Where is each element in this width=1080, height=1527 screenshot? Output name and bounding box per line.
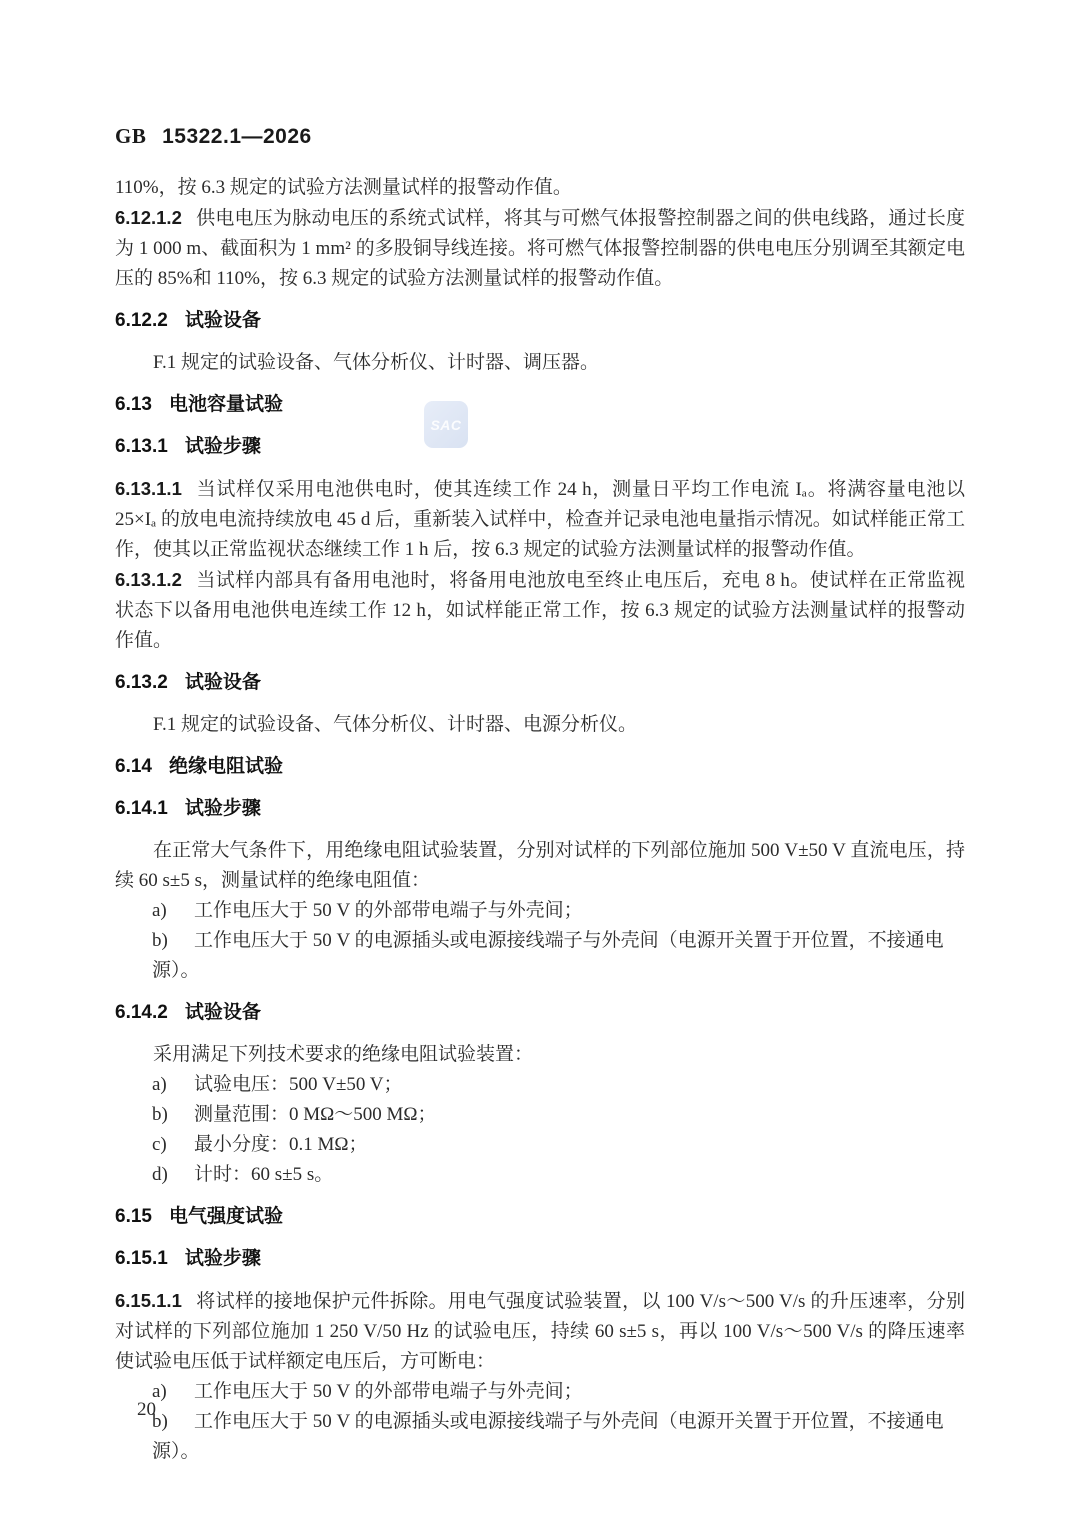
list-item-c: c)最小分度：0.1 MΩ；	[115, 1130, 965, 1160]
standard-header: GB 15322.1—2026	[115, 0, 965, 149]
list-item-label: a)	[152, 1070, 194, 1100]
heading-title: 试验设备	[185, 310, 261, 331]
clause-paragraph-6-13-1-2: 6.13.1.2当试样内部具有备用电池时，将备用电池放电至终止电压后，充电 8 …	[115, 565, 965, 656]
list-item-label: b)	[152, 1407, 194, 1437]
list-item-b: b)测量范围：0 MΩ～500 MΩ；	[115, 1100, 965, 1130]
heading-number: 6.13.2	[115, 672, 168, 693]
paragraph-text: F.1 规定的试验设备、气体分析仪、计时器、调压器。	[153, 352, 599, 373]
heading-6-14-1: 6.14.1试验步骤	[115, 794, 965, 824]
list-item-text: 测量范围：0 MΩ～500 MΩ；	[194, 1104, 437, 1125]
list-item-b: b)工作电压大于 50 V 的电源插头或电源接线端子与外壳间（电源开关置于开位置…	[115, 926, 965, 986]
clause-number: 6.13.1.2	[115, 569, 182, 590]
heading-6-14: 6.14绝缘电阻试验	[115, 752, 965, 782]
document-page: SAC GB 15322.1—2026 110%，按 6.3 规定的试验方法测量…	[0, 0, 1080, 1527]
equipment-paragraph: F.1 规定的试验设备、气体分析仪、计时器、电源分析仪。	[115, 710, 965, 740]
list-item-label: b)	[152, 1100, 194, 1130]
list-item-d: d)计时：60 s±5 s。	[115, 1160, 965, 1190]
clause-paragraph-6-13-1-1: 6.13.1.1当试样仅采用电池供电时，使其连续工作 24 h，测量日平均工作电…	[115, 474, 965, 565]
clause-number: 6.13.1.1	[115, 478, 182, 499]
paragraph-text: 采用满足下列技术要求的绝缘电阻试验装置：	[153, 1044, 533, 1065]
list-item-text: 工作电压大于 50 V 的电源插头或电源接线端子与外壳间（电源开关置于开位置，不…	[152, 930, 944, 981]
heading-number: 6.15	[115, 1206, 152, 1227]
heading-6-15: 6.15电气强度试验	[115, 1202, 965, 1232]
heading-title: 试验设备	[185, 672, 261, 693]
paragraph-text: 在正常大气条件下，用绝缘电阻试验装置，分别对试样的下列部位施加 500 V±50…	[115, 840, 965, 891]
list-item-text: 工作电压大于 50 V 的外部带电端子与外壳间；	[194, 1381, 583, 1402]
heading-6-15-1: 6.15.1试验步骤	[115, 1244, 965, 1274]
continuation-paragraph: 110%，按 6.3 规定的试验方法测量试样的报警动作值。	[115, 173, 965, 203]
list-item-label: c)	[152, 1130, 194, 1160]
list-item-label: d)	[152, 1160, 194, 1190]
heading-number: 6.12.2	[115, 310, 168, 331]
list-item-label: a)	[152, 1377, 194, 1407]
list-item-text: 工作电压大于 50 V 的电源插头或电源接线端子与外壳间（电源开关置于开位置，不…	[152, 1411, 944, 1462]
clause-text: 供电电压为脉动电压的系统式试样，将其与可燃气体报警控制器之间的供电线路，通过长度…	[115, 208, 965, 289]
heading-6-14-2: 6.14.2试验设备	[115, 998, 965, 1028]
equipment-paragraph: F.1 规定的试验设备、气体分析仪、计时器、调压器。	[115, 348, 965, 378]
page-content: GB 15322.1—2026 110%，按 6.3 规定的试验方法测量试样的报…	[0, 0, 1080, 1467]
list-item-a: a)工作电压大于 50 V 的外部带电端子与外壳间；	[115, 896, 965, 926]
paragraph-text: F.1 规定的试验设备、气体分析仪、计时器、电源分析仪。	[153, 714, 637, 735]
heading-6-13-1: 6.13.1试验步骤	[115, 432, 965, 462]
procedure-paragraph: 在正常大气条件下，用绝缘电阻试验装置，分别对试样的下列部位施加 500 V±50…	[115, 836, 965, 896]
list-item-text: 最小分度：0.1 MΩ；	[194, 1134, 368, 1155]
heading-6-13-2: 6.13.2试验设备	[115, 668, 965, 698]
list-item-text: 试验电压：500 V±50 V；	[194, 1074, 403, 1095]
list-item-label: b)	[152, 926, 194, 956]
clause-text: 当试样仅采用电池供电时，使其连续工作 24 h，测量日平均工作电流 Iₐ。将满容…	[115, 479, 965, 560]
list-item-b: b)工作电压大于 50 V 的电源插头或电源接线端子与外壳间（电源开关置于开位置…	[115, 1407, 965, 1467]
clause-paragraph-6-12-1-2: 6.12.1.2供电电压为脉动电压的系统式试样，将其与可燃气体报警控制器之间的供…	[115, 203, 965, 294]
heading-number: 6.14.1	[115, 798, 168, 819]
equipment-intro-paragraph: 采用满足下列技术要求的绝缘电阻试验装置：	[115, 1040, 965, 1070]
heading-title: 试验步骤	[185, 436, 261, 457]
heading-title: 绝缘电阻试验	[169, 756, 283, 777]
heading-number: 6.15.1	[115, 1248, 168, 1269]
page-number: 20	[137, 1398, 156, 1422]
heading-title: 试验步骤	[185, 1248, 261, 1269]
paragraph-text: 110%，按 6.3 规定的试验方法测量试样的报警动作值。	[115, 177, 572, 198]
standard-prefix: GB	[115, 124, 146, 148]
heading-6-12-2: 6.12.2试验设备	[115, 306, 965, 336]
heading-title: 电气强度试验	[169, 1206, 283, 1227]
heading-6-13: 6.13电池容量试验	[115, 390, 965, 420]
clause-number: 6.15.1.1	[115, 1290, 182, 1311]
heading-title: 试验步骤	[185, 798, 261, 819]
heading-title: 试验设备	[185, 1002, 261, 1023]
clause-number: 6.12.1.2	[115, 207, 182, 228]
list-item-text: 工作电压大于 50 V 的外部带电端子与外壳间；	[194, 900, 583, 921]
standard-number: 15322.1—2026	[162, 125, 312, 148]
heading-number: 6.13	[115, 394, 152, 415]
list-item-a: a)工作电压大于 50 V 的外部带电端子与外壳间；	[115, 1377, 965, 1407]
clause-text: 当试样内部具有备用电池时，将备用电池放电至终止电压后，充电 8 h。使试样在正常…	[115, 570, 965, 651]
list-item-label: a)	[152, 896, 194, 926]
heading-number: 6.14.2	[115, 1002, 168, 1023]
list-item-text: 计时：60 s±5 s。	[194, 1164, 333, 1185]
heading-title: 电池容量试验	[169, 394, 283, 415]
heading-number: 6.13.1	[115, 436, 168, 457]
clause-paragraph-6-15-1-1: 6.15.1.1将试样的接地保护元件拆除。用电气强度试验装置，以 100 V/s…	[115, 1286, 965, 1377]
clause-text: 将试样的接地保护元件拆除。用电气强度试验装置，以 100 V/s～500 V/s…	[115, 1291, 965, 1372]
heading-number: 6.14	[115, 756, 152, 777]
list-item-a: a)试验电压：500 V±50 V；	[115, 1070, 965, 1100]
